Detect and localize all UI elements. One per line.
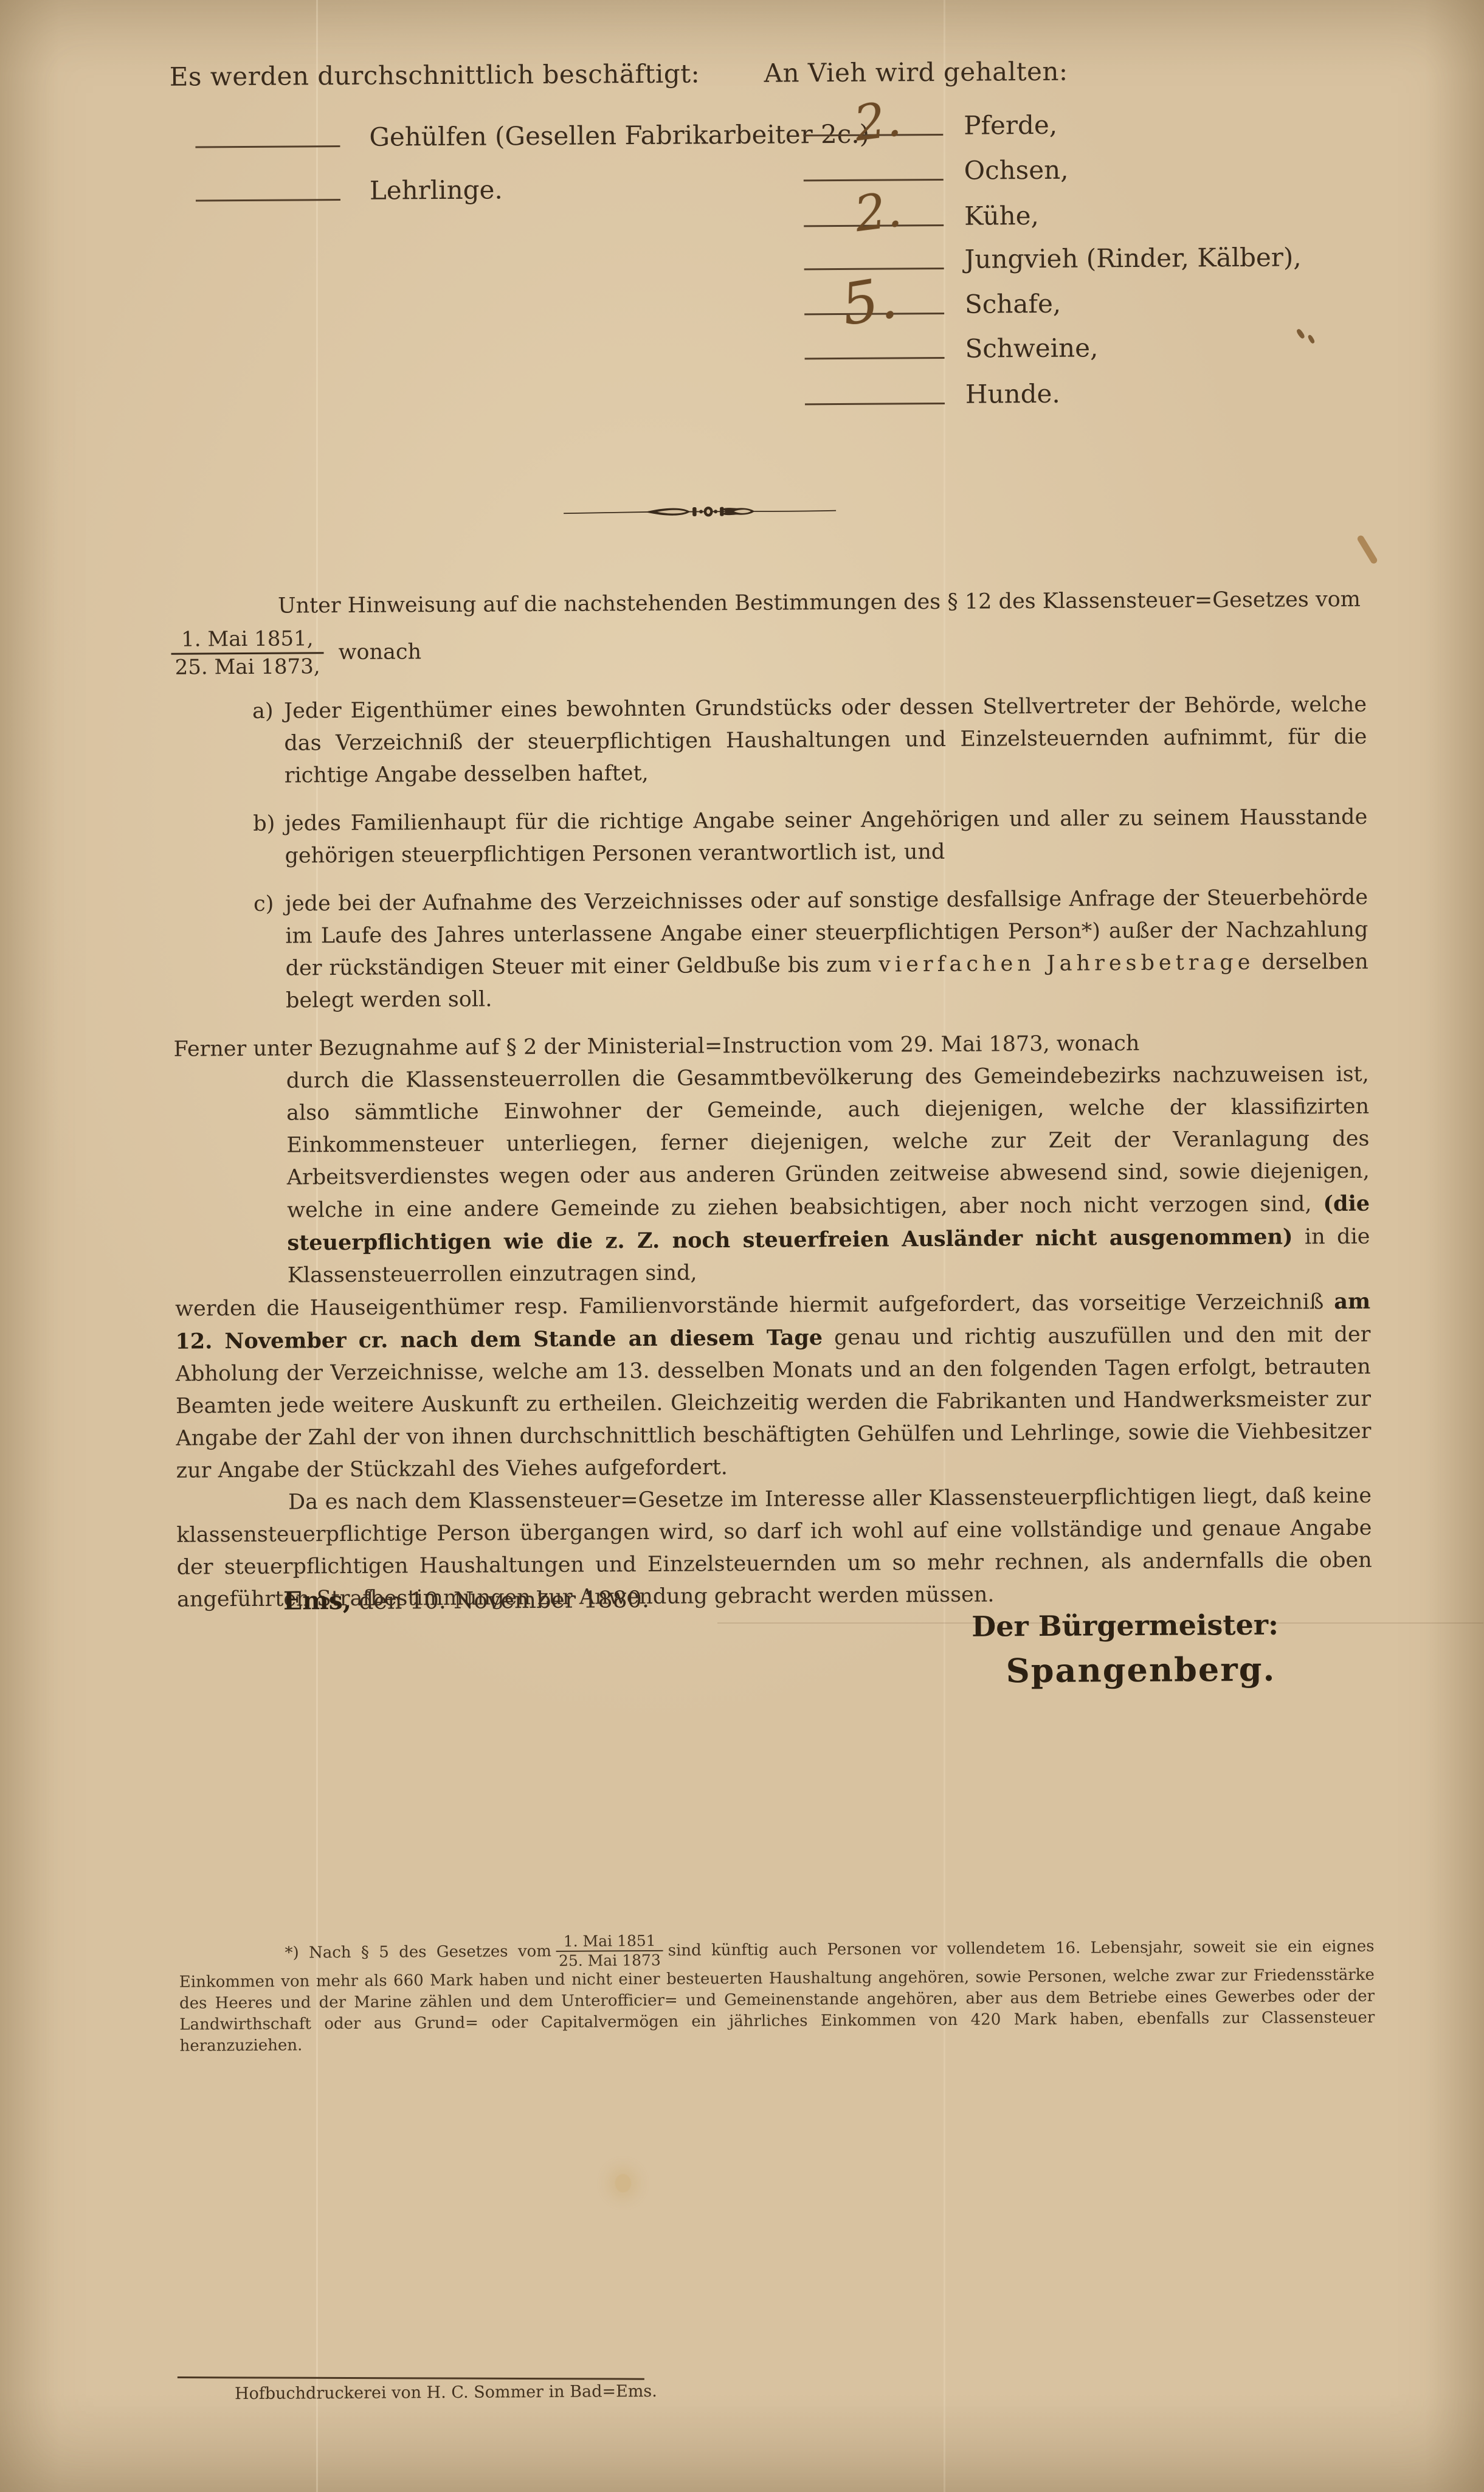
law-date-bottom: 25. Mai 1873,	[171, 654, 324, 680]
employment-heading: Es werden durchschnittlich beschäftigt:	[170, 58, 700, 91]
lehrlinge-count-blank	[196, 199, 340, 201]
item-a-text: Jeder Eigenthümer eines bewohnten Grunds…	[284, 693, 1367, 788]
item-b-text: jedes Familienhaupt für die richtige Ang…	[285, 805, 1367, 868]
livestock-heading: An Vieh wird gehalten:	[764, 57, 1068, 88]
imprint-rule	[178, 2376, 644, 2380]
date-text: den 10. November 1880.	[351, 1586, 649, 1615]
footnote-pre: *) Nach § 5 des Gesetzes vom	[285, 1942, 551, 1962]
ink-scratch	[1356, 535, 1378, 565]
document-page: Es werden durchschnittlich beschäftigt: …	[0, 0, 1484, 2492]
hunde-label: Hunde.	[965, 379, 1060, 409]
item-a-label: a)	[252, 696, 274, 728]
tapered-rule-ornament-icon	[561, 502, 838, 522]
list-item-c: c) jede bei der Aufnahme des Verzeichnis…	[173, 882, 1368, 1018]
pferde-count-handwritten: 2.	[851, 94, 903, 148]
schweine-count-blank	[805, 357, 945, 359]
signature-name: Spangenberg.	[1006, 1650, 1276, 1691]
signature-title: Der Bürgermeister:	[972, 1608, 1279, 1643]
law-dates-suffix: wonach	[338, 636, 421, 669]
pferde-label: Pferde,	[964, 110, 1057, 140]
jungvieh-label: Jungvieh (Rinder, Kälber),	[964, 242, 1301, 274]
law-dates-fraction: 1. Mai 1851, 25. Mai 1873,	[171, 626, 324, 680]
ornamental-divider	[561, 502, 838, 522]
ochsen-count-blank	[804, 179, 944, 181]
intro-paragraph: Unter Hinweisung auf die nachstehenden B…	[171, 584, 1366, 623]
employment-row-gehuelfen: Gehülfen (Gesellen Fabrikarbeiter 2c.)	[195, 106, 864, 148]
schweine-label: Schweine,	[965, 333, 1098, 363]
livestock-row-pferde: 2. Pferde,	[803, 95, 1472, 137]
paper-stain	[615, 2174, 631, 2192]
ochsen-label: Ochsen,	[964, 155, 1069, 185]
gehuelfen-label: Gehülfen (Gesellen Fabrikarbeiter 2c.)	[369, 119, 869, 152]
indented-text-pre: durch die Klassensteuerrollen die Gesamm…	[286, 1062, 1370, 1223]
main-text-block: Unter Hinweisung auf die nachstehenden B…	[171, 584, 1372, 1616]
request-paragraph: werden die Hauseigenthümer resp. Familie…	[175, 1286, 1372, 1487]
livestock-row-kuehe: 2. Kühe,	[804, 185, 1472, 227]
kuehe-label: Kühe,	[964, 201, 1039, 231]
place-name: Ems,	[283, 1586, 351, 1616]
schafe-label: Schafe,	[965, 289, 1061, 319]
footnote-date-bottom: 25. Mai 1873	[556, 1951, 663, 1970]
livestock-row-schafe: 5. Schafe,	[804, 274, 1473, 316]
request-text-pre: werden die Hauseigenthümer resp. Familie…	[175, 1290, 1334, 1321]
item-c-text-emphasized: vierfachen Jahresbetrage	[878, 950, 1254, 977]
law-dates-line: 1. Mai 1851, 25. Mai 1873, wonach	[171, 620, 1367, 680]
employment-row-lehrlinge: Lehrlinge.	[196, 160, 865, 202]
gehuelfen-count-blank	[195, 145, 340, 148]
instruction-indented-block: durch die Klassensteuerrollen die Gesamm…	[174, 1059, 1370, 1293]
item-c-label: c)	[254, 888, 274, 921]
livestock-row-jungvieh: Jungvieh (Rinder, Kälber),	[804, 229, 1472, 271]
item-b-label: b)	[253, 808, 275, 840]
livestock-row-ochsen: Ochsen,	[803, 140, 1472, 182]
hunde-count-blank	[805, 403, 945, 405]
livestock-row-schweine: Schweine,	[804, 318, 1473, 360]
printer-imprint: Hofbuchdruckerei von H. C. Sommer in Bad…	[235, 2382, 657, 2403]
footnote-dates-fraction: 1. Mai 185125. Mai 1873	[556, 1932, 663, 1970]
list-item-a: a) Jeder Eigenthümer eines bewohnten Gru…	[171, 689, 1367, 793]
list-item-b: b) jedes Familienhaupt für die richtige …	[172, 801, 1368, 873]
footnote: *) Nach § 5 des Gesetzes vom1. Mai 18512…	[179, 1928, 1375, 2057]
footnote-date-top: 1. Mai 1851	[556, 1932, 663, 1952]
place-date-line: Ems, den 10. November 1880.	[283, 1584, 649, 1616]
kuehe-count-handwritten: 2.	[852, 185, 904, 239]
scanned-sheet: Es werden durchschnittlich beschäftigt: …	[0, 0, 1484, 2492]
livestock-row-hunde: Hunde.	[805, 364, 1474, 406]
law-date-top: 1. Mai 1851,	[171, 626, 323, 655]
lehrlinge-label: Lehrlinge.	[370, 175, 503, 205]
